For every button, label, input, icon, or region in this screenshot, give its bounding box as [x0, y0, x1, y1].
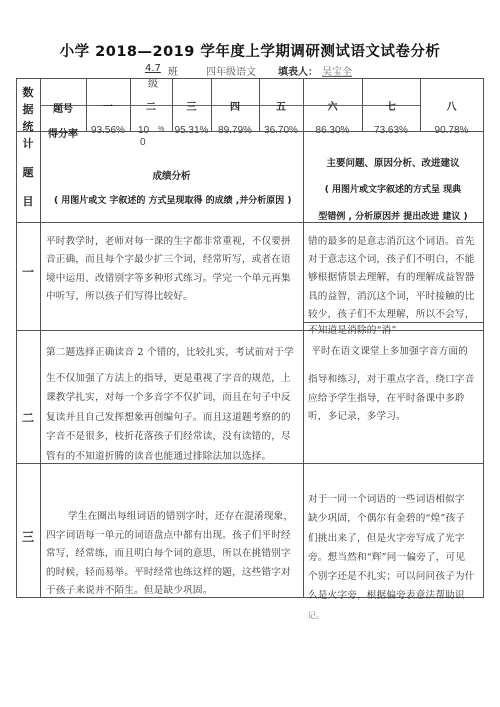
text-line: 复读并且自己发挥想象再创编句子。而且这道题考察的的 — [46, 408, 304, 428]
text-line: 管有的不知道折腾的读音也能通过排除法加以选择。 — [46, 447, 304, 467]
text-line: 指导和练习，对于重点字音，绕口字音 — [308, 371, 484, 389]
page-title: 小学 2018—2019 学年度上学期调研测试语文试卷分析 — [0, 40, 500, 61]
question-1: 一 — [86, 98, 130, 113]
score-rate-1: 93.56% — [86, 125, 130, 136]
row-label-1: 一 — [16, 263, 40, 280]
score-analysis-title: 成绩分析 — [40, 168, 303, 182]
score-rate-2-suffix: % — [158, 126, 164, 133]
text-line: 生不仅加强了方法上的指导，更是重视了字音的规范，上 — [46, 369, 304, 389]
question-5: 五 — [259, 98, 303, 113]
text-line: 于孩子来说并不陌生。但是缺少巩固。 — [46, 582, 304, 601]
question-3: 三 — [172, 98, 211, 113]
text-line: 常写，经常练，而且明白每个词的意思，所以在挑错别字 — [46, 545, 304, 564]
score-rate-4: 89.79% — [211, 125, 259, 136]
score-rate-6: 86.30% — [303, 125, 362, 136]
text-line: 缺少巩固，个偶尔有金碧的“煌”孩子 — [308, 509, 484, 528]
question-7: 七 — [362, 98, 420, 113]
score-analysis-subtitle: ( 用图片或文 字叙述的 方式呈现取得 的成绩 ,并分析原因 ) — [40, 193, 344, 206]
topic-label-2: 目 — [21, 193, 35, 210]
text-line: 字音不是很多，枝折花落孩子们经常读，没有读错的，尽 — [46, 427, 304, 447]
filler-name-text: 吴宝全 — [322, 67, 352, 78]
row-1-issues: 错的最多的是意志消沉这个词语。首先 对于意志这个词，孩子们不明白，不能 够根据情… — [308, 233, 484, 340]
question-4: 四 — [211, 98, 259, 113]
text-line: 四字词语每一单元的词语盘点中都有出现。孩子们平时经 — [46, 527, 304, 546]
text-line: 不知道是消除的“消” — [308, 322, 484, 340]
stats-side-label: 数 据 统 计 — [21, 84, 35, 152]
row-3-score-analysis: 学生在圈出每组词语的错别字时，还存在混淆现象， 四字词语每一单元的词语盘点中都有… — [46, 508, 304, 601]
row-2-score-analysis: 第二题选择正确读音 2 个错的，比较扎实，考试前对于学 生不仅加强了方法上的指导… — [46, 343, 304, 466]
text-line: 学生在圈出每组词语的错别字时，还存在混淆现象， — [46, 508, 304, 527]
score-rate-7: 73.63% — [362, 125, 420, 136]
question-8: 八 — [420, 98, 483, 113]
class-value: 4.7 — [145, 63, 161, 74]
question-number-label: 题号 — [40, 100, 86, 115]
issues-title: 主要问题、原因分析、改进建议 — [303, 155, 483, 169]
text-line: 应给予学生指导，在平时备课中多聆 — [308, 390, 484, 408]
side-char: 据 — [21, 101, 35, 118]
side-char: 数 — [21, 84, 35, 101]
text-line: 平时教学时，老师对每一课的生字都非常重视，不仅要拼 — [46, 233, 304, 251]
text-line: 够根据情景去理解，有的理解成益智器 — [308, 269, 484, 287]
subject-label: 四年级语文 — [206, 63, 256, 78]
text-line: 旁。想当然和“辉”同一偏旁了，可见 — [308, 548, 484, 567]
filler-label: 填表人： — [278, 63, 318, 78]
text-line: 对于一同一个词语的一些词语相似字 — [308, 490, 484, 509]
row-1-score-analysis: 平时教学时，老师对每一课的生字都非常重视，不仅要拼 音正确，而且每个字最少扩三个… — [46, 233, 304, 306]
row-2-issues: 平时在语文课堂上多加强字音方面的 指导和练习，对于重点字音，绕口字音 应给予学生… — [308, 343, 484, 426]
issues-subtitle-2: 型错例 , 分析原因并 提出改进 建议 ) — [303, 209, 483, 222]
text-line: 记。 — [308, 606, 484, 625]
text-line: 个别字还是不扎实；可以问问孩子为什 — [308, 567, 484, 586]
text-line: 对于意志这个词，孩子们不明白，不能 — [308, 251, 484, 269]
text-line: 具的益智，消沉这个词，平时接触的比 — [308, 288, 484, 306]
text-line: 么是火字旁，根据偏旁表意法帮助识 — [308, 586, 484, 605]
class-label: 班 — [168, 63, 178, 78]
text-line: 的时候，轻而易举。平时经常也练这样的题，这些错字对 — [46, 564, 304, 583]
text-line: 第二题选择正确读音 2 个错的，比较扎实，考试前对于学 — [46, 343, 304, 363]
score-rate-2: 10 — [138, 125, 149, 136]
filler-name: 吴宝全 — [322, 63, 352, 78]
side-char: 统 — [21, 118, 35, 135]
class-number: 4.7 — [145, 63, 161, 74]
question-6: 六 — [303, 98, 362, 113]
text-line: 错的最多的是意志消沉这个词语。首先 — [308, 233, 484, 251]
text-line: 们挑出来了，但是火字旁写成了光字 — [308, 529, 484, 548]
score-rate-2-wrap: 0 — [140, 137, 146, 148]
text-line: 中听写，所以孩子们写得比较好。 — [46, 288, 304, 306]
analysis-header-bottom — [16, 222, 483, 223]
row-label-3: 三 — [16, 528, 40, 545]
text-line: 音正确，而且每个字最少扩三个词，经常听写，或者在语 — [46, 251, 304, 269]
text-line: 课教学扎实，对每一个多音字不仅扩词，而且在句子中反 — [46, 388, 304, 408]
row-3-issues: 对于一同一个词语的一些词语相似字 缺少巩固，个偶尔有金碧的“煌”孩子 们挑出来了… — [308, 490, 484, 625]
question-2: 二 — [130, 98, 172, 113]
score-rate-label: 得分率 — [40, 125, 86, 140]
score-rate-3: 95.31% — [172, 125, 211, 136]
score-rate-5: 36.70% — [259, 125, 303, 136]
side-char: 计 — [21, 135, 35, 152]
text-line: 境中运用、改错别字等多种形式练习。学完一个单元再集 — [46, 270, 304, 288]
text-line: 平时在语文课堂上多加强字音方面的 — [308, 343, 484, 361]
score-rate-8: 90.78% — [420, 125, 483, 136]
row-label-2: 二 — [16, 409, 40, 426]
topic-label-1: 题 — [21, 164, 35, 181]
label-column-line — [40, 78, 41, 598]
issues-subtitle-1: ( 用图片或文字叙述的方式呈 现典 — [303, 182, 483, 195]
table-left-border — [16, 78, 17, 598]
text-line: 听，多记录，多学习。 — [308, 408, 484, 426]
